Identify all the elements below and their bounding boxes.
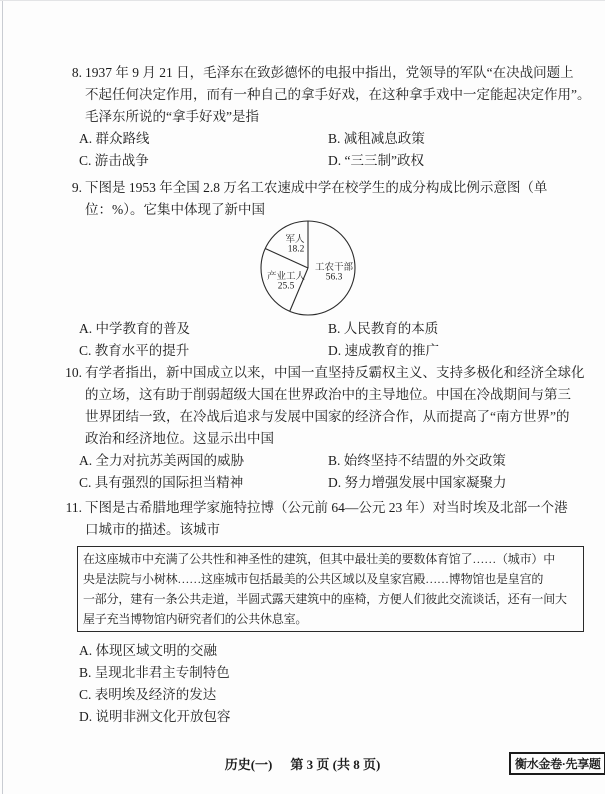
question-11-number: 11.: [62, 497, 85, 519]
question-11-line-2: 口城市的描述。该城市: [85, 519, 594, 541]
pie-value-chanyegongren: 25.5: [278, 282, 295, 292]
question-8: 8.1937 年 9 月 21 日，毛泽东在致彭德怀的电报中指出，党领导的军队“…: [62, 62, 594, 172]
question-9-line-2: 位：%）。它集中体现了新中国: [85, 199, 594, 221]
question-9-text: 下图是 1953 年全国 2.8 万名工农速成中学在校学生的成分构成比例示意图（…: [85, 180, 547, 195]
question-8-number: 8.: [62, 62, 85, 84]
question-9-options-row-2: C. 教育水平的提升D. 速成教育的推广: [79, 340, 594, 362]
question-9-option-c: C. 教育水平的提升: [79, 340, 328, 362]
question-10-option-b: B. 始终坚持不结盟的外交政策: [328, 453, 506, 468]
question-8-line-3: 毛泽东所说的“拿手好戏”是指: [85, 106, 594, 128]
pie-value-gongnongganbu: 56.3: [326, 273, 343, 283]
question-11-option-a: A. 体现区域文明的交融: [79, 640, 594, 662]
scan-edge-top: [0, 0, 605, 1]
pie-label-junren: 军人: [285, 233, 305, 245]
question-10-line-2: 的立场，这有助于削弱超级大国在世界政治中的主导地位。中国在冷战期间与第三: [85, 384, 594, 406]
brand-stamp-text: 衡水金卷·先享题: [515, 757, 601, 771]
brand-stamp: 衡水金卷·先享题: [509, 752, 605, 775]
question-11: 11.下图是古希腊地理学家施特拉博（公元前 64—公元 23 年）对当时埃及北部…: [62, 497, 594, 541]
question-10: 10.有学者指出，新中国成立以来，中国一直坚持反霸权主义、支持多极化和经济全球化…: [62, 362, 594, 494]
question-10-options-row-1: A. 全力对抗苏美两国的威胁B. 始终坚持不结盟的外交政策: [79, 450, 594, 472]
question-8-options-row-2: C. 游击战争D. “三三制”政权: [79, 150, 594, 172]
question-10-line-3: 世界团结一致，在冷战后追求与发展中国家的经济合作，从而提高了“南方世界”的: [85, 406, 594, 428]
pie-label-chanyegongren: 产业工人: [267, 270, 306, 282]
question-10-option-a: A. 全力对抗苏美两国的威胁: [79, 450, 328, 472]
question-9-option-d: D. 速成教育的推广: [328, 343, 439, 358]
question-8-options-row-1: A. 群众路线B. 减租减息政策: [79, 128, 594, 150]
quote-line-3: 一部分，建有一条公共走道，半圆式露天建筑中的座椅，方便人们彼此交流谈话，还有一间…: [83, 589, 578, 609]
question-9-option-a: A. 中学教育的普及: [79, 318, 328, 340]
question-11-option-c: C. 表明埃及经济的发达: [79, 684, 594, 706]
question-11-text: 下图是古希腊地理学家施特拉博（公元前 64—公元 23 年）对当时埃及北部一个港: [85, 500, 568, 515]
question-8-line-1: 8.1937 年 9 月 21 日，毛泽东在致彭德怀的电报中指出，党领导的军队“…: [62, 62, 594, 84]
question-10-line-1: 10.有学者指出，新中国成立以来，中国一直坚持反霸权主义、支持多极化和经济全球化: [62, 362, 594, 384]
footer-page-number: 第 3 页 (共 8 页): [290, 757, 380, 772]
question-8-line-2: 不起任何决定作用，而有一种自己的拿手好戏，在这种拿手戏中一定能起决定作用”。: [85, 84, 594, 106]
pie-label-gongnongganbu: 工农干部: [315, 261, 354, 273]
question-8-option-b: B. 减租减息政策: [328, 131, 425, 146]
question-8-option-a: A. 群众路线: [79, 128, 328, 150]
question-10-line-4: 政治和经济地位。这显示出中国: [85, 428, 594, 450]
pie-chart: 军人 18.2 工农干部 56.3 产业工人 25.5: [243, 220, 378, 320]
question-9-number: 9.: [62, 177, 85, 199]
question-8-option-d: D. “三三制”政权: [328, 153, 424, 168]
quote-line-4: 屋子充当博物馆内研究者们的公共休息室。: [83, 609, 578, 629]
question-10-options-row-2: C. 具有强烈的国际担当精神D. 努力增强发展中国家凝聚力: [79, 472, 594, 494]
question-9-line-1: 9.下图是 1953 年全国 2.8 万名工农速成中学在校学生的成分构成比例示意…: [62, 177, 594, 199]
source-quote-box: 在这座城市中充满了公共性和神圣性的建筑，但其中最壮美的要数体育馆了……（城市）中…: [77, 546, 584, 632]
quote-line-1: 在这座城市中充满了公共性和神圣性的建筑，但其中最壮美的要数体育馆了……（城市）中: [83, 549, 578, 569]
exam-page: 8.1937 年 9 月 21 日，毛泽东在致彭德怀的电报中指出，党领导的军队“…: [0, 0, 605, 794]
footer-course-title: 历史(一): [225, 757, 273, 772]
question-11-line-1: 11.下图是古希腊地理学家施特拉博（公元前 64—公元 23 年）对当时埃及北部…: [62, 497, 594, 519]
question-11-option-d: D. 说明非洲文化开放包容: [79, 706, 594, 728]
question-9-option-b: B. 人民教育的本质: [328, 321, 438, 336]
question-11-option-b: B. 呈现北非君主专制特色: [79, 662, 594, 684]
question-10-option-d: D. 努力增强发展中国家凝聚力: [328, 475, 507, 490]
question-10-number: 10.: [62, 362, 85, 384]
question-8-option-c: C. 游击战争: [79, 150, 328, 172]
pie-value-junren: 18.2: [288, 245, 305, 255]
question-8-text: 1937 年 9 月 21 日，毛泽东在致彭德怀的电报中指出，党领导的军队“在决…: [85, 65, 574, 80]
question-11-options: A. 体现区域文明的交融 B. 呈现北非君主专制特色 C. 表明埃及经济的发达 …: [62, 640, 594, 728]
question-10-text: 有学者指出，新中国成立以来，中国一直坚持反霸权主义、支持多极化和经济全球化: [85, 365, 585, 380]
question-9-options-row-1: A. 中学教育的普及B. 人民教育的本质: [79, 318, 594, 340]
scan-edge-left: [2, 0, 3, 794]
question-9-options: A. 中学教育的普及B. 人民教育的本质 C. 教育水平的提升D. 速成教育的推…: [62, 318, 594, 362]
question-10-option-c: C. 具有强烈的国际担当精神: [79, 472, 328, 494]
question-9: 9.下图是 1953 年全国 2.8 万名工农速成中学在校学生的成分构成比例示意…: [62, 177, 594, 221]
quote-line-2: 央是法院与小树林……这座城市包括最美的公共区域以及皇家宫殿……博物馆也是皇宫的: [83, 569, 578, 589]
